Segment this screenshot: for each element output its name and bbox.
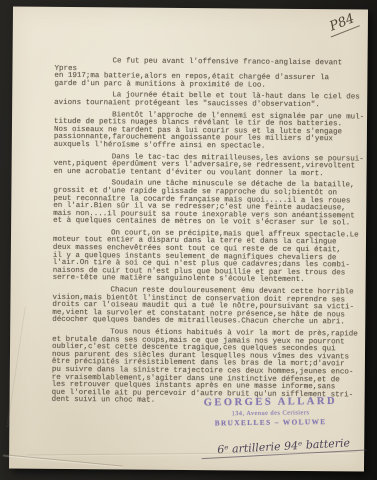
paragraph: Bientôt l'approche de l'ennemi est signa… (54, 111, 368, 152)
paragraph: La journée était belle et tout là-haut d… (54, 92, 368, 110)
scanned-letter-photo: P84 Ce fut peu avant l'offensive franco-… (0, 0, 377, 480)
letter-paper: P84 Ce fut peu avant l'offensive franco-… (9, 6, 368, 471)
paragraph: Soudain une tâche minuscule se détache d… (53, 180, 367, 228)
handwritten-page-number: P84 (325, 10, 360, 37)
paper-crease (3, 454, 123, 466)
stamp-name: GEORGES ALLARD (190, 396, 350, 410)
typewritten-text: Ce fut peu avant l'offensive franco-angl… (52, 58, 369, 412)
paragraph: Dans le tac-tac des mitrailleuses,les av… (54, 153, 368, 179)
paragraph: Ce fut peu avant l'offensive franco-angl… (54, 58, 368, 91)
address-ink-stamp: GEORGES ALLARD 134, Avenue des Cerisiers… (190, 396, 350, 429)
stamp-city: BRUXELLES – WOLUWE (191, 417, 351, 429)
paper-crease (7, 307, 26, 426)
paragraph: On court,on se précipite,mais quel affre… (53, 230, 367, 286)
paragraph: Chacun reste douloureusement ému devant … (52, 287, 366, 328)
handwritten-unit-note: 6ᵉ artillerie 94ᵉ batterie (201, 436, 367, 460)
